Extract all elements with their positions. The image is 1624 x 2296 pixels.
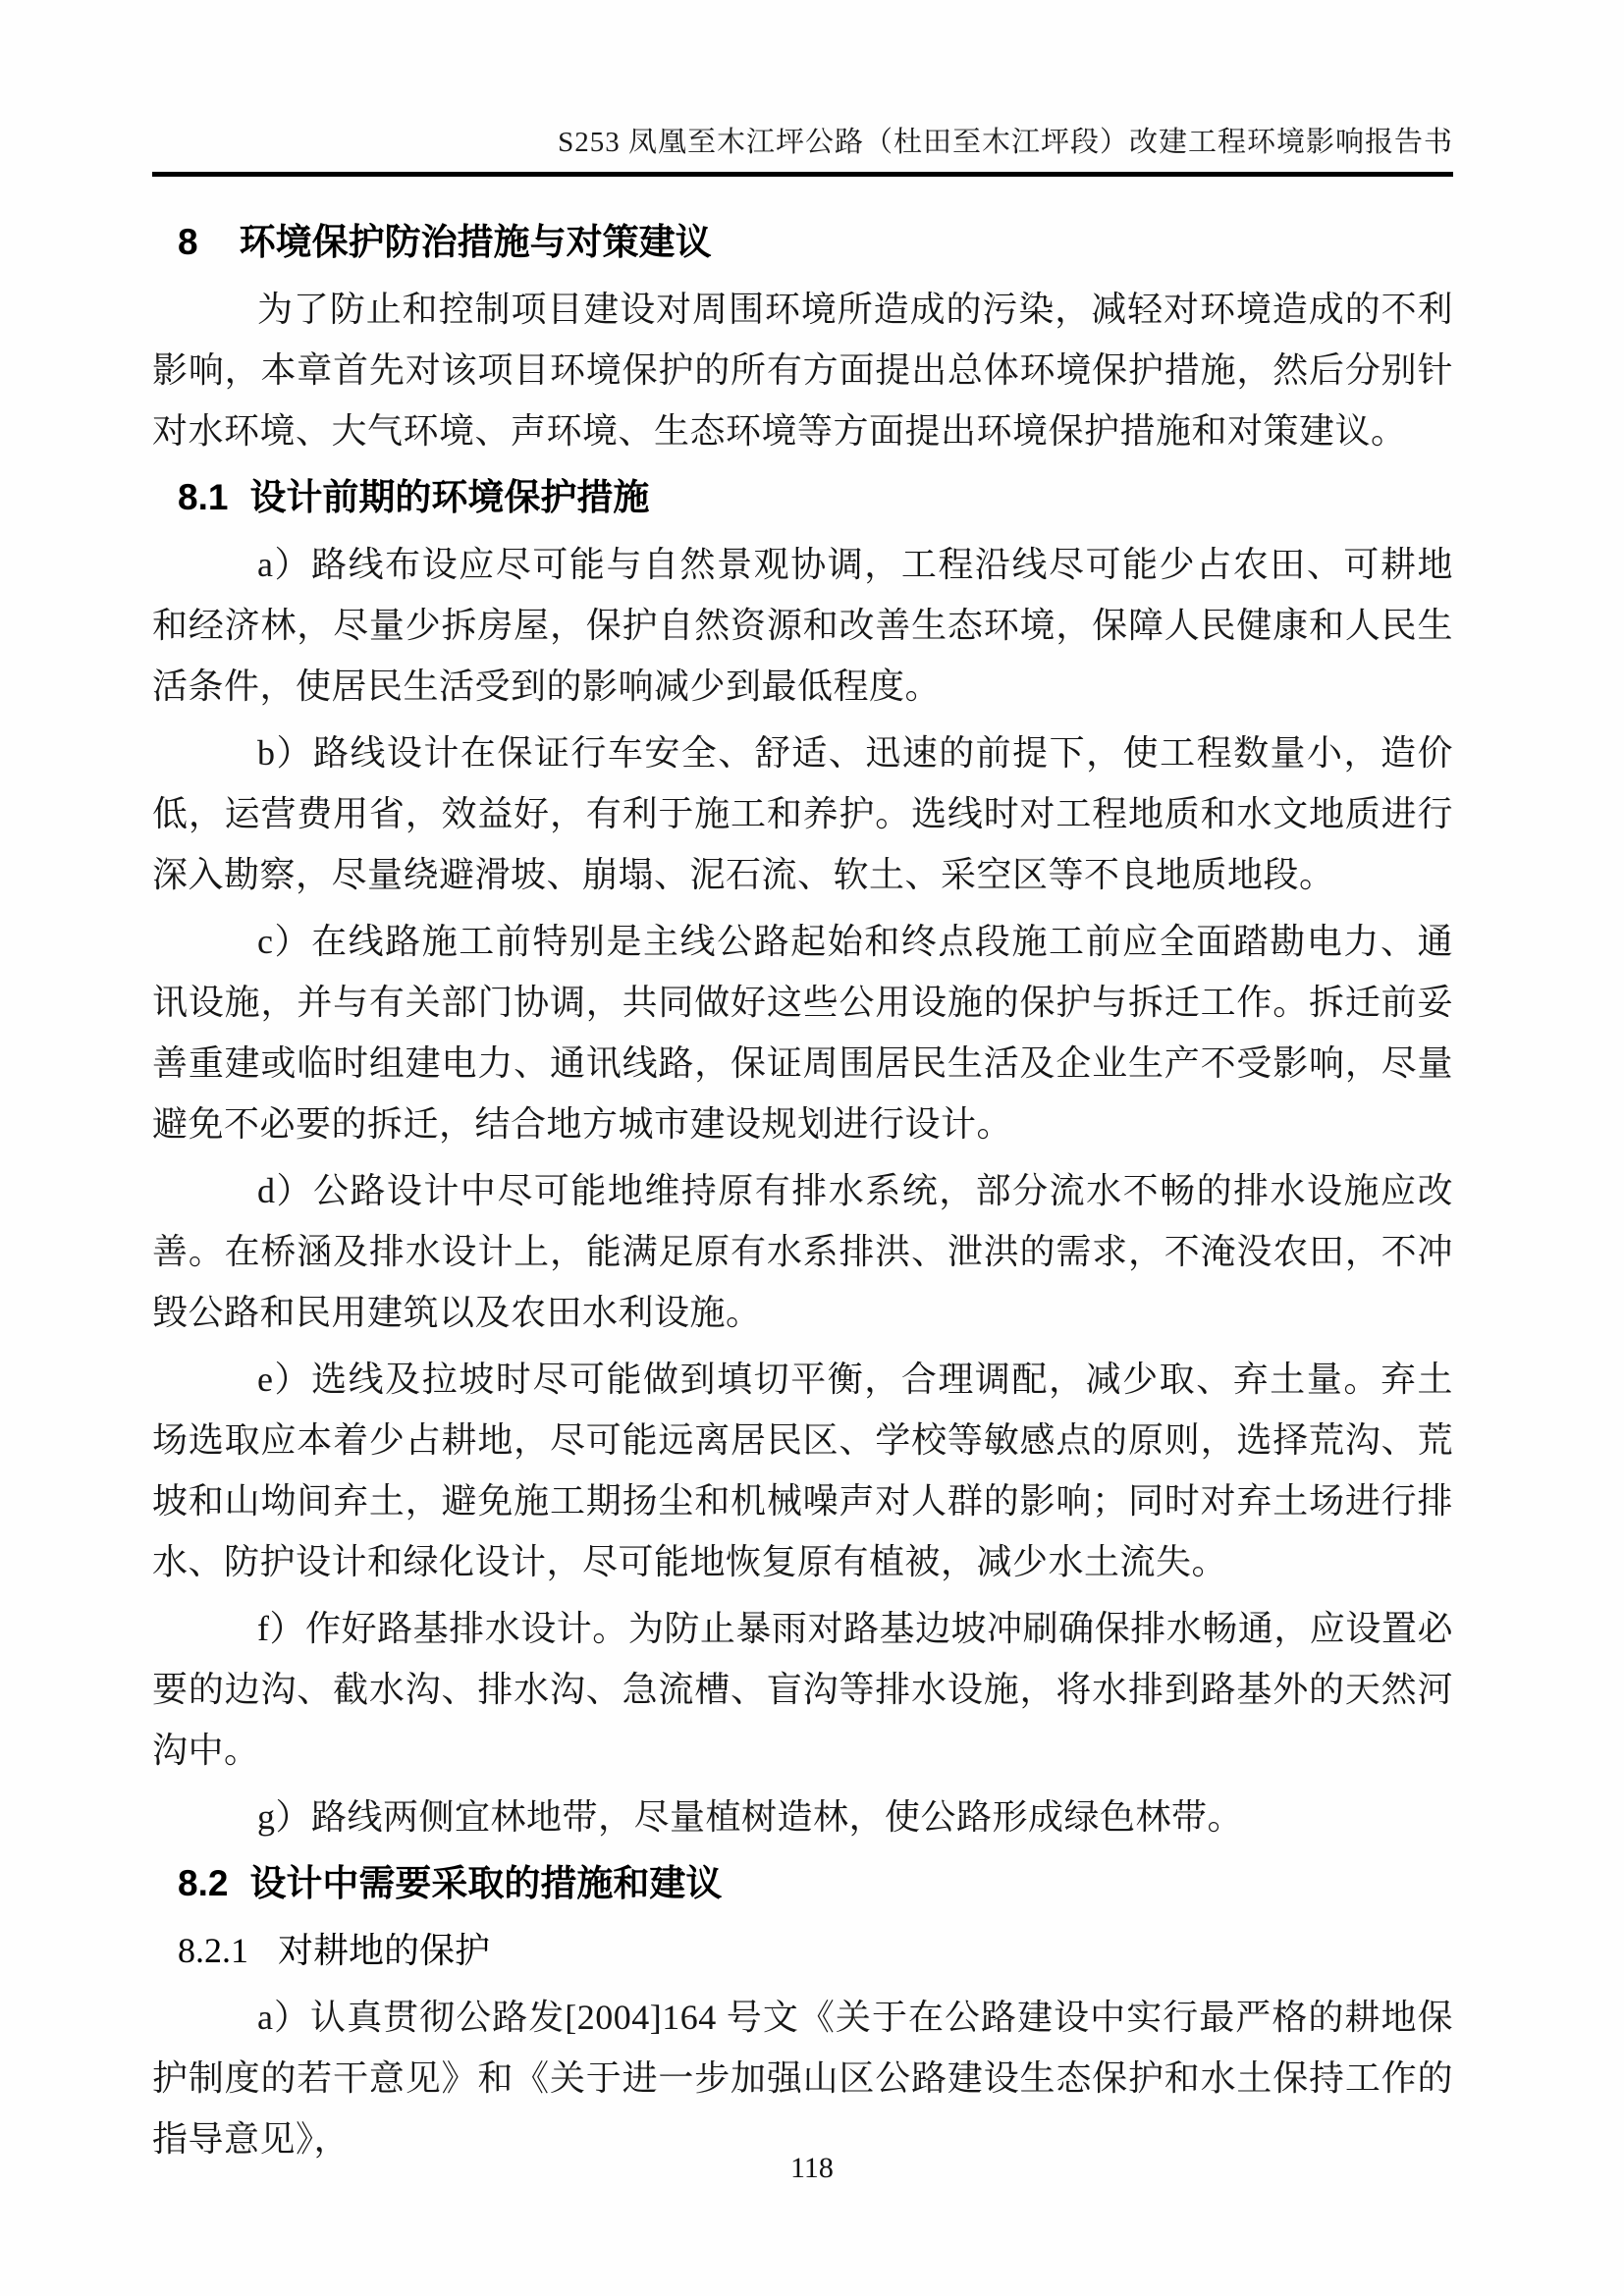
- paragraph-item-e: e）选线及拉坡时尽可能做到填切平衡，合理调配，减少取、弃土量。弃土场选取应本着少…: [152, 1349, 1453, 1592]
- section-8-2-title: 设计中需要采取的措施和建议: [249, 1863, 722, 1903]
- paragraph-8-2-1-item-a: a）认真贯彻公路发[2004]164 号文《关于在公路建设中实行最严格的耕地保护…: [152, 1987, 1453, 2169]
- paragraph-item-c: c）在线路施工前特别是主线公路起始和终点段施工前应全面踏勘电力、通讯设施，并与有…: [152, 911, 1453, 1154]
- chapter-heading: 8环境保护防治措施与对策建议: [152, 212, 1453, 273]
- section-8-2-heading: 8.2设计中需要采取的措施和建议: [152, 1853, 1453, 1914]
- paragraph-item-b: b）路线设计在保证行车安全、舒适、迅速的前提下，使工程数量小，造价低，运营费用省…: [152, 722, 1453, 905]
- subsection-8-2-1-title: 对耕地的保护: [278, 1931, 490, 1970]
- paragraph-item-g: g）路线两侧宜林地带，尽量植树造林，使公路形成绿色林带。: [152, 1787, 1453, 1847]
- report-page: S253 凤凰至木江坪公路（杜田至木江坪段）改建工程环境影响报告书 8环境保护防…: [0, 0, 1624, 2296]
- document-body: 8环境保护防治措施与对策建议 为了防止和控制项目建设对周围环境所造成的污染，减轻…: [152, 177, 1453, 2169]
- chapter-number: 8: [178, 222, 198, 262]
- section-8-1-heading: 8.1设计前期的环境保护措施: [152, 467, 1453, 528]
- section-8-2-number: 8.2: [178, 1863, 228, 1903]
- page-header-title: S253 凤凰至木江坪公路（杜田至木江坪段）改建工程环境影响报告书: [152, 0, 1453, 159]
- paragraph-item-f: f）作好路基排水设计。为防止暴雨对路基边坡冲刷确保排水畅通，应设置必要的边沟、截…: [152, 1598, 1453, 1781]
- section-8-1-title: 设计前期的环境保护措施: [249, 477, 649, 517]
- paragraph-item-d: d）公路设计中尽可能地维持原有排水系统，部分流水不畅的排水设施应改善。在桥涵及排…: [152, 1160, 1453, 1343]
- page-number: 118: [0, 2151, 1624, 2186]
- chapter-title: 环境保护防治措施与对策建议: [240, 222, 712, 262]
- intro-paragraph: 为了防止和控制项目建设对周围环境所造成的污染，减轻对环境造成的不利影响，本章首先…: [152, 279, 1453, 461]
- subsection-8-2-1-heading: 8.2.1对耕地的保护: [152, 1920, 1453, 1981]
- section-8-1-number: 8.1: [178, 477, 228, 517]
- subsection-8-2-1-number: 8.2.1: [178, 1931, 248, 1970]
- paragraph-item-a: a）路线布设应尽可能与自然景观协调，工程沿线尽可能少占农田、可耕地和经济林，尽量…: [152, 534, 1453, 717]
